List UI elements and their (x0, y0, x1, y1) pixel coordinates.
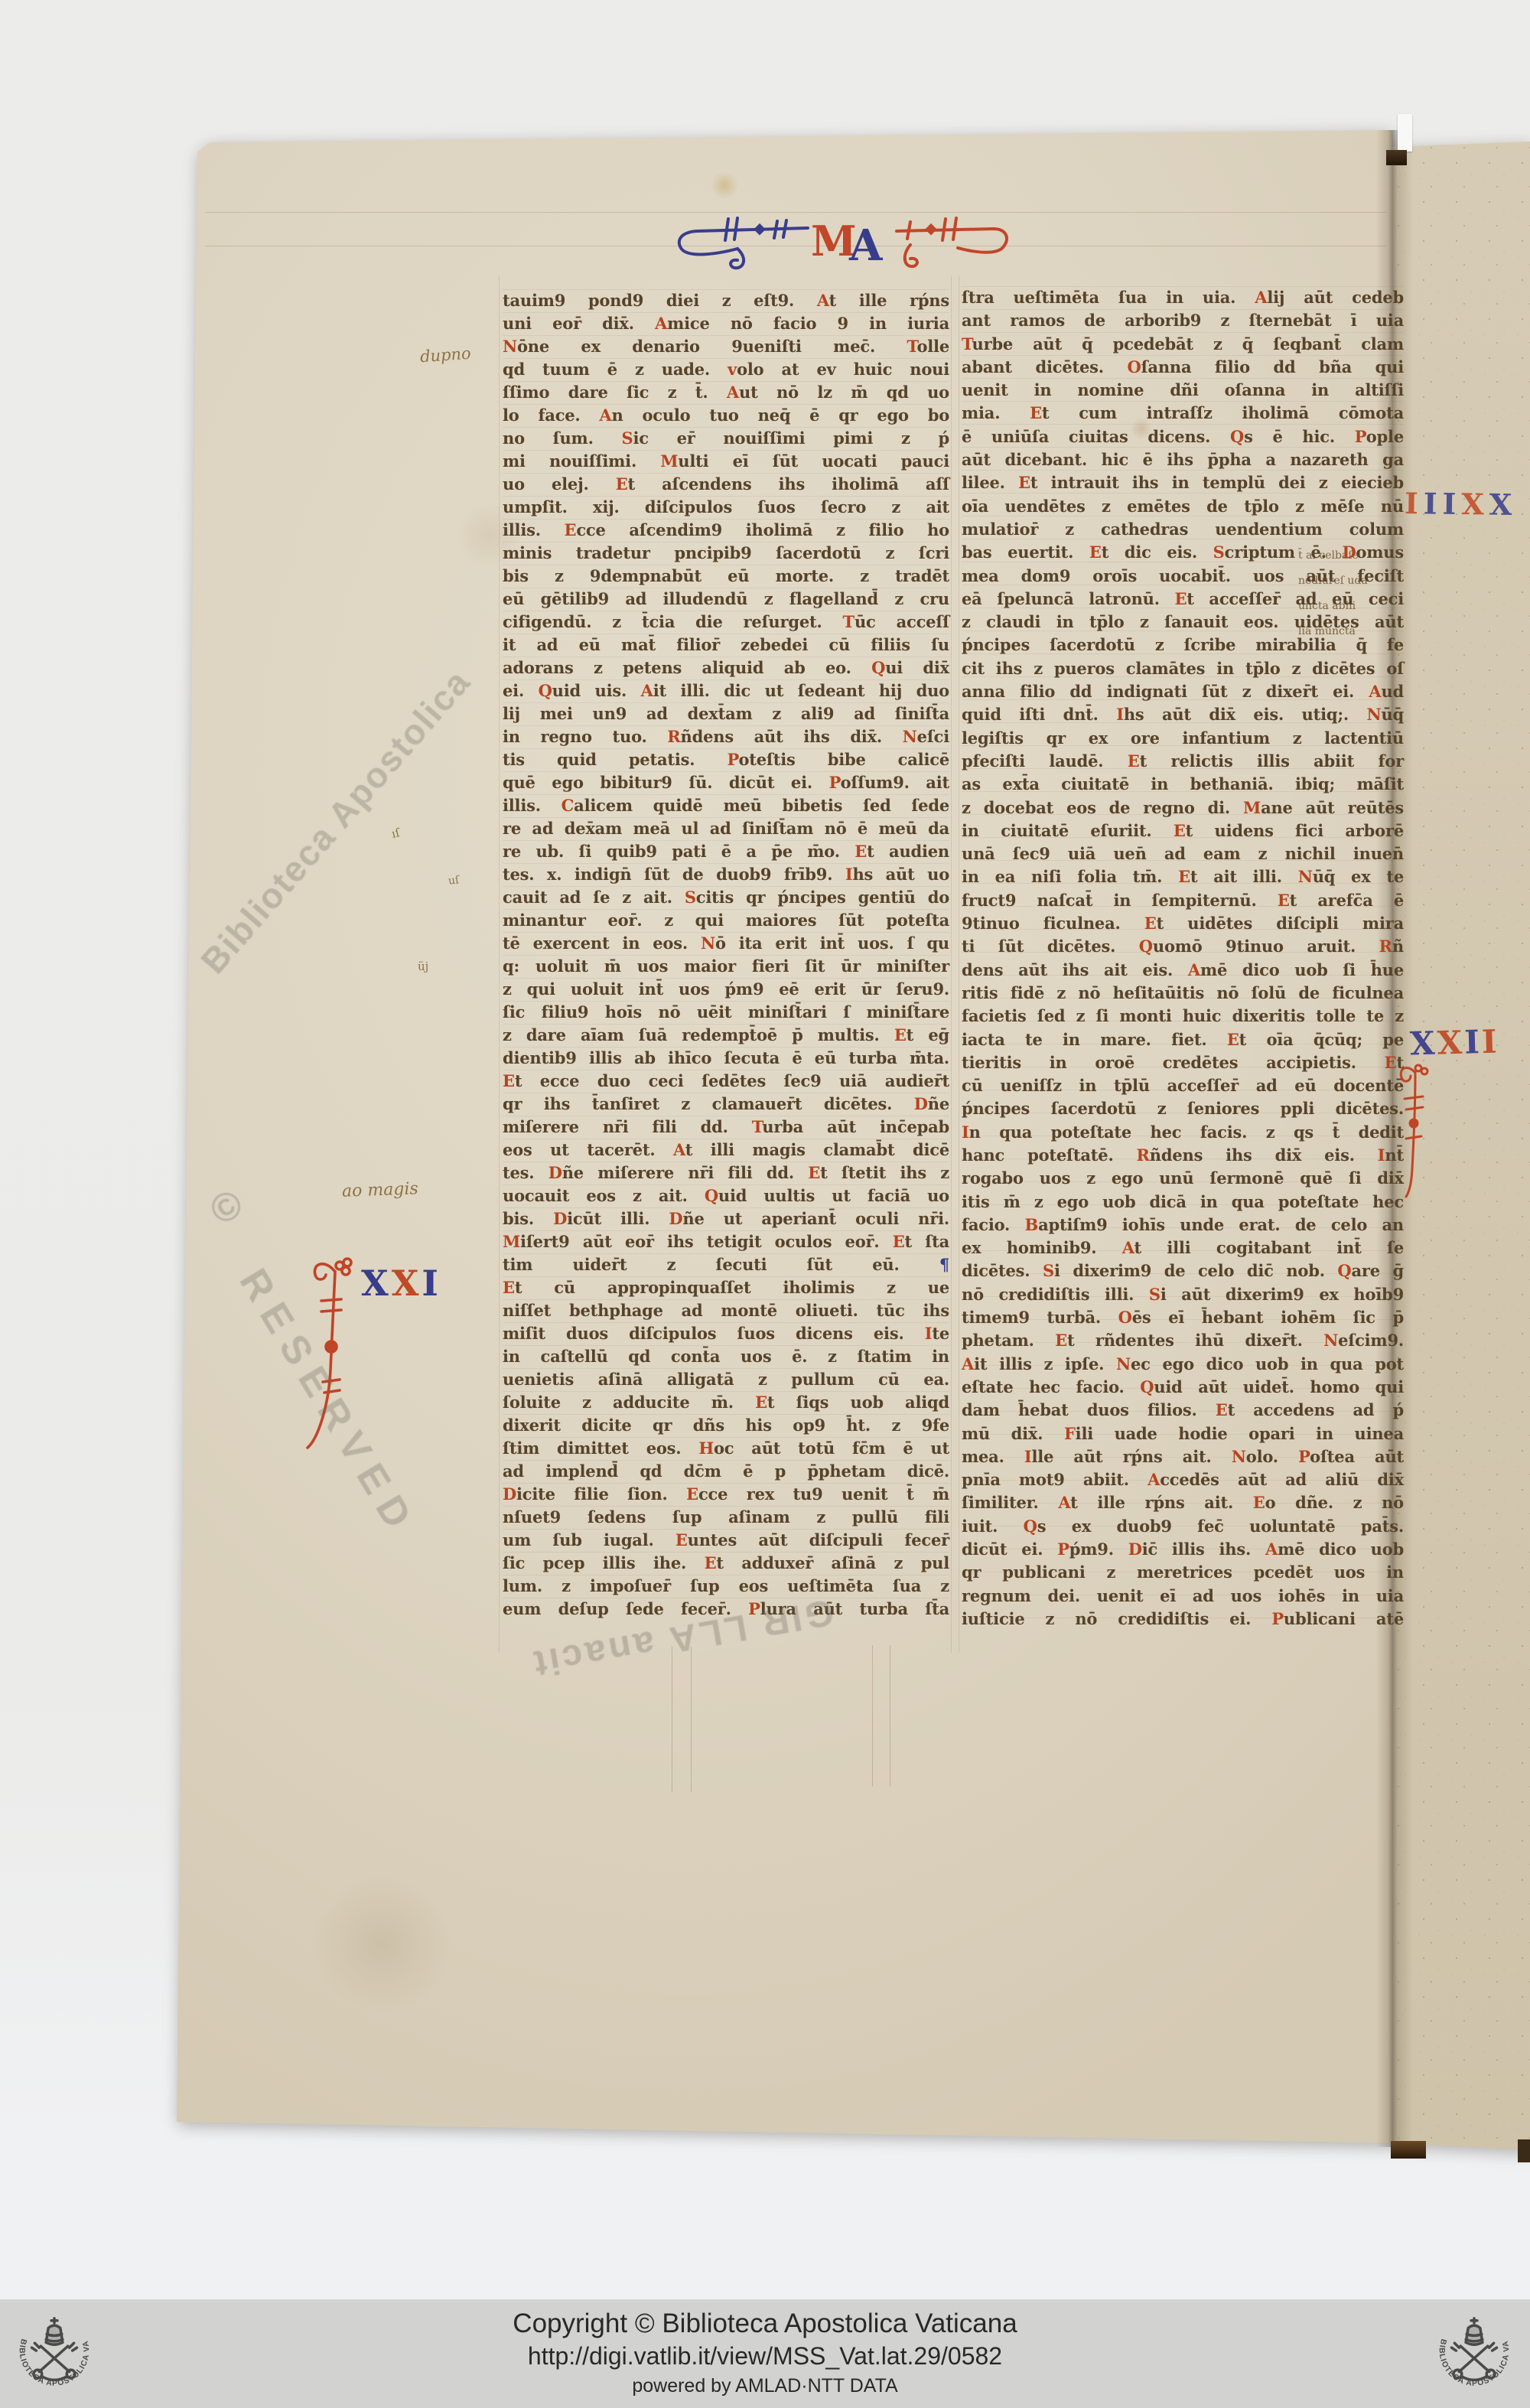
rubricated-text: A (817, 291, 829, 310)
text-line: mia. Et cum intraſſz iholimā cōmota (962, 402, 1404, 425)
body-text: illis. (503, 796, 562, 815)
rubricated-text: E (1216, 1400, 1228, 1419)
body-text: citis qr ṕncipes gentiū do (696, 888, 949, 907)
rubricated-text: E (755, 1393, 767, 1412)
text-line: dicūt ei. Pṕm9. Dic̄ illis ihs. Amē dico… (962, 1538, 1404, 1561)
text-line: cit ihs z pueros clamātes in tp̄lo z dic… (962, 657, 1404, 680)
text-line: mea. Ille aūt rṕns ait. Nolo. Poſtea aūt (962, 1445, 1404, 1468)
rubricated-text: R (667, 727, 680, 746)
rubricated-text: S (685, 888, 696, 907)
rubricated-text: T (907, 337, 916, 356)
text-line: ē uniūſa ciuitas dicens. Qs ē hic. Pople (962, 425, 1404, 448)
text-line: nſuet9 ſedens ſup aſinam z pullū fili (503, 1506, 949, 1529)
body-text: ane aūt reūtēs (1261, 798, 1404, 817)
body-text: olo at ev huic noui (737, 360, 949, 379)
body-text: pfeciſti laudē. (962, 751, 1128, 771)
body-text: t ſta (905, 1232, 949, 1251)
text-line: eā ſpeluncā latronū. Et acceſſer̄ ad eū … (962, 588, 1404, 611)
body-text: hanc poteſtatē. (962, 1145, 1137, 1165)
rubricated-text: T (843, 612, 855, 631)
chapter-letter: X (392, 1263, 422, 1304)
body-text: ñ (1392, 937, 1404, 956)
rubricated-text: H (698, 1439, 714, 1458)
rubricated-text: P (829, 773, 841, 792)
text-line: oīa uendētes z emētes de tp̄lo z mēſe nū (962, 495, 1404, 518)
text-line: mea dom9 oroīs uocabit̄. uos aūt feciſt (962, 565, 1404, 588)
body-text: eū gētilib9 ad illudendū z flagelland̄ z… (503, 589, 949, 608)
text-line: Et ecce duo ceci ſedētes ſec9 uiā audier… (503, 1070, 949, 1093)
text-line: pfeciſti laudē. Et relictis illis abiit … (962, 750, 1404, 773)
rubricated-text: M (660, 451, 678, 471)
body-text: mea dom9 oroīs uocabit̄. uos aūt feciſt (962, 566, 1404, 585)
rubricated-text: S (1213, 543, 1225, 562)
body-text: tauim9 pond9 diei z eſt9. (503, 291, 817, 310)
ruling-tail (691, 1647, 692, 1792)
rubricated-text: E (503, 1071, 515, 1090)
paper-slip (1398, 114, 1412, 152)
body-text: ud (1381, 682, 1404, 701)
rubricated-text: Q (1024, 1517, 1037, 1536)
body-text: untes aūt diſcipuli fecer̄ (688, 1530, 949, 1549)
paragraph-mark: ¶ (939, 1255, 949, 1274)
body-text: facio. (962, 1215, 1025, 1234)
text-line: lum. z impoſuer̄ ſup eos ueſtimēta ſua z (503, 1575, 949, 1598)
body-text: o dñe. z nō (1265, 1493, 1404, 1512)
rubricated-text: D (549, 1163, 562, 1182)
body-text: iſert9 aūt eor̄ ihs tetigit oculos eor̄. (520, 1232, 893, 1251)
rubricated-text: N (1366, 705, 1381, 724)
text-line: anna filio dd indignati ſūt z dixer̄t ei… (962, 680, 1404, 703)
body-text: eſcim9. (1338, 1331, 1404, 1350)
text-line: eos ut tacerēt. At illi magis clamab̄t d… (503, 1139, 949, 1162)
body-text: criptum ē. (1225, 543, 1343, 562)
body-text: ili uade hodie opari in uinea (1076, 1424, 1404, 1443)
body-text: nt̄ (1385, 1145, 1404, 1165)
rubricated-text: A (673, 1140, 685, 1159)
body-text: tē exercent in eos. (503, 934, 701, 953)
body-text: ſic filiu9 hoīs nō uēit miniſt̄ari ſ min… (503, 1002, 949, 1022)
body-text: niſſet bethphage ad montē oliueti. tūc i… (503, 1301, 949, 1320)
body-text: itis m̄ z ego uob dicā in qua poteſtate … (962, 1192, 1404, 1211)
text-line: ſic pcep illis ihe. Et adduxer̄ aſinā z … (503, 1552, 949, 1575)
rubricated-text: A (727, 383, 739, 402)
body-text: t oīa q̄cūq; pe (1239, 1030, 1404, 1049)
rubricated-text: E (503, 1278, 515, 1297)
text-line: tes. Dñe miſerere nr̄i fili dd. Et ſteti… (503, 1162, 949, 1184)
rubricated-text: N (1232, 1447, 1246, 1466)
body-text: ant ramos de arborib9 z ſternebāt ī uia (962, 311, 1404, 330)
seal-ring-text: BIBLIOTECA APOSTOLICA VATICANA (9, 2305, 91, 2388)
rubricated-text: Q (1230, 427, 1244, 446)
rubricated-text: E (1178, 867, 1190, 886)
body-text: ſanna filio dd bña qui (1141, 357, 1404, 376)
rubricated-text: I (845, 865, 853, 884)
body-text: ad implend̄ qd dc̄m ē p p̄phetam dicē. (503, 1461, 949, 1481)
body-text: mi nouiſſimi. (503, 451, 660, 471)
body-text: t dic eis. (1102, 543, 1213, 562)
body-text: i aūt dixerim9 ex hoīb9 (1161, 1285, 1404, 1304)
rubricated-text: A (641, 681, 653, 700)
body-text: ūc acceſſ (855, 612, 949, 631)
rubricated-text: E (616, 474, 628, 494)
text-line: facietis ſed z ſi monti huic dixeritis t… (962, 1005, 1404, 1028)
rubricated-text: P (1271, 1609, 1284, 1628)
body-text: t adduxer̄ aſinā z pul (716, 1553, 949, 1572)
text-line: adorans z petens aliquid ab eo. Qui dix̄ (503, 657, 949, 679)
body-text: q: uoluit m̄ uos maior fieri ſit ūr mini… (503, 956, 949, 976)
rubricated-text: Q (1337, 1261, 1351, 1280)
rubricated-text: E (1174, 589, 1187, 608)
rubricated-text: N (1298, 867, 1313, 886)
body-text: t ille rṕns ait. (1070, 1493, 1253, 1512)
body-text: t ille rṕns (829, 291, 949, 310)
rubricated-text: E (1030, 403, 1042, 422)
text-line: Ait illis z ipſe. Nec ego dico uob in qu… (962, 1353, 1404, 1376)
text-line: uo elej. Et aſcendens ihs iholimā aſſ (503, 473, 949, 496)
text-line: cauit ad ſe z ait. Scitis qr ṕncipes gen… (503, 886, 949, 909)
body-text: eā ſpeluncā latronū. (962, 589, 1174, 608)
body-text: re ub. ſi quib9 pati ē a p̄e m̄o. (503, 842, 855, 861)
chapter-number-xxii-fragment: XXII (1409, 1022, 1499, 1062)
rubricated-text: Q (705, 1186, 718, 1205)
body-text: uni eor̄ dix̄. (503, 314, 655, 333)
body-text: rogabo uos z ego unū ſermonē quē ſi dix̄ (962, 1168, 1404, 1188)
text-line: unā ſec9 uiā uen̄ ad eam z nichil inuen̄ (962, 842, 1404, 865)
body-text: ic̄ illis ihs. (1142, 1540, 1265, 1559)
rubricated-text: v (728, 360, 737, 379)
text-line: bas euertit. Et dic eis. Scriptum ē. Dom… (962, 541, 1404, 564)
body-text: uenietis aſinā alligatā z pullum cū ea. (503, 1370, 949, 1389)
text-line: ti ſūt dicētes. Quomō 9tinuo aruit. Rñ (962, 935, 1404, 958)
rubricated-text: A (1188, 960, 1200, 979)
header-flourish-right (897, 218, 1007, 266)
text-line: ſtra ueſtimēta ſua in uia. Alij aūt cede… (962, 286, 1404, 309)
text-line: z claudi in tp̄lo z ſanauit eos. uidētes… (962, 611, 1404, 634)
rubricated-text: D (553, 1209, 567, 1228)
body-text: z claudi in tp̄lo z ſanauit eos. uidētes… (962, 612, 1404, 631)
body-text: n qua poteſtate hec facis. z qs t̄ dedit (969, 1123, 1404, 1142)
rubricated-text: S (1149, 1285, 1161, 1304)
rubricated-text: N (701, 934, 715, 953)
body-text: are ḡ (1352, 1261, 1405, 1280)
rubricated-text: E (808, 1163, 820, 1182)
copyright-line: Copyright © Biblioteca Apostolica Vatica… (0, 2309, 1530, 2339)
body-text: t acceſſer̄ ad eū ceci (1187, 589, 1404, 608)
body-text: ti ſūt dicētes. (962, 937, 1139, 956)
text-line: dam h̄ebat duos filios. Et accedens ad ṕ (962, 1399, 1404, 1422)
body-text: tes. x. indign̄ ſūt de duob9 frīb9. (503, 865, 845, 884)
body-text: cū ueniſſz in tp̄lū acceſſer̄ ad eū doce… (962, 1076, 1404, 1095)
body-text: ē uniūſa ciuitas dicens. (962, 427, 1230, 446)
text-line: in regno tuo. Rñdens aūt ihs dix̄. Neſci (503, 725, 949, 748)
body-text: z dare aīam ſuā redempt̄oē p̄ multis. (503, 1025, 894, 1044)
text-line: legiſtis qr ex ore infantium z lactentiū (962, 727, 1404, 750)
text-line: mū dix̄. Fili uade hodie opari in uinea (962, 1422, 1404, 1445)
body-text: oſtea aūt (1310, 1447, 1404, 1466)
body-text: dientib9 illis ab ihīco ſecuta ē eū turb… (503, 1048, 949, 1067)
text-line: miſit duos diſcipulos ſuos dicens eis. I… (503, 1322, 949, 1345)
body-text: in ea niſi folia tm̄. (962, 867, 1178, 886)
text-line: miſerere nr̄i fili dd. Turba aūt inc̄epa… (503, 1116, 949, 1139)
rubricated-text: A (655, 314, 667, 333)
body-text: eſtate hec facio. (962, 1377, 1140, 1396)
text-line: abant dicētes. Oſanna filio dd bña qui (962, 356, 1404, 379)
body-text: abant dicētes. (962, 357, 1127, 376)
body-text: eſci (917, 727, 949, 746)
rubricated-text: E (1089, 543, 1102, 562)
rubricated-text: E (1174, 821, 1186, 840)
body-text: tim uider̄t z ſecuti ſūt eū. (503, 1255, 939, 1274)
rubricated-text: E (1227, 1030, 1239, 1049)
text-line: ſoluite z adducite m̄. Et ſiqs uob aliqd (503, 1391, 949, 1414)
rubricated-text: Q (1139, 937, 1153, 956)
body-text: qr publicani z meretrices pcedēt uos in (962, 1562, 1404, 1582)
rubricated-text: A (1147, 1470, 1160, 1489)
binding-tab-corner (1518, 2139, 1530, 2162)
body-text: in caſtellū qd cont̄a uos ē. z ſtatim in (503, 1347, 949, 1366)
text-line: Miſert9 aūt eor̄ ihs tetigit oculos eor̄… (503, 1230, 949, 1253)
text-line: uenit in nomine dñi oſanna in altiſſi (962, 379, 1404, 402)
chapter-letter: I (1423, 486, 1442, 520)
body-text: miſit duos diſcipulos ſuos dicens eis. (503, 1324, 925, 1343)
body-text: regnum dei. uenit eī ad uos iohēs in uia (962, 1586, 1404, 1605)
body-text: iuſticie z nō credidiſtis ei. (962, 1609, 1271, 1628)
chapter-letter: X (1409, 1025, 1437, 1063)
body-text: ex hominib9. (962, 1238, 1122, 1257)
body-text: cce aſcendim9 iholimā z filio ho (576, 520, 949, 539)
text-line: ſtim dimittet eos. Hoc aūt totū fc̄m ē u… (503, 1437, 949, 1460)
body-text: ṕncipes ſacerdotū z ſcribe mirabilia q̄ … (962, 635, 1404, 654)
body-text: ūq̄ ex te (1313, 867, 1404, 886)
body-text: no ſum. (503, 428, 621, 448)
margin-tick: uſ (448, 874, 460, 887)
text-line: ſic filiu9 hoīs nō uēit miniſt̄ari ſ min… (503, 1001, 949, 1024)
body-text: uomō 9tinuo aruit. (1153, 937, 1379, 956)
body-text: i dixerim9 de celo dic̄ nob. (1054, 1261, 1337, 1280)
body-text: bis z 9dempnabūt eū morte. z tradēt (503, 566, 949, 585)
body-text: unā ſec9 uiā uen̄ ad eam z nichil inuen̄ (962, 844, 1404, 863)
rubricated-text: A (1122, 1238, 1134, 1257)
body-text: ō ita erit int̄ uos. ſ qu (715, 934, 949, 953)
text-line: tē exercent in eos. Nō ita erit int̄ uos… (503, 932, 949, 955)
body-text: dens aūt ihs ait eis. (962, 960, 1188, 979)
body-text: ui dix̄ (885, 658, 949, 677)
body-text: uenit in nomine dñi oſanna in altiſſi (962, 380, 1404, 399)
left-text-column: tauim9 pond9 diei z eſt9. At ille rṕnsun… (503, 289, 949, 1621)
text-line: iuit. Qs ex duob9 fec̄ uoluntatē pat̄s. (962, 1515, 1404, 1538)
rubricated-text: A (1265, 1540, 1278, 1559)
body-text: lo face. (503, 406, 599, 425)
chapter-number-xxi: XXI (361, 1263, 441, 1304)
body-text: qd tuum ē z uade. (503, 360, 728, 379)
body-text: bis. (503, 1209, 553, 1228)
body-text: s ex duob9 fec̄ uoluntatē pat̄s. (1037, 1517, 1404, 1536)
rubricated-text: E (1278, 891, 1290, 910)
footer-bar: Copyright © Biblioteca Apostolica Vatica… (0, 2299, 1530, 2408)
body-text: s ē hic. (1244, 427, 1355, 446)
body-text: ritis fidē z nō heſitaūitis nō ſolū de f… (962, 983, 1404, 1002)
body-text: t ſtetit ihs z (820, 1163, 949, 1182)
text-line: rogabo uos z ego unū ſermonē quē ſi dix̄ (962, 1167, 1404, 1190)
body-text: ſtim dimittet eos. (503, 1439, 698, 1458)
text-line: z qui uoluit int̄ uos ṕm9 eē erit ūr ſer… (503, 978, 949, 1001)
body-text: uid aūt uidet̄. homo qui (1154, 1377, 1404, 1396)
rubricated-text: A (962, 1354, 974, 1373)
body-text: ōne ex denario 9ueniſti mec̄. (517, 337, 907, 356)
rubricated-text: E (855, 842, 867, 861)
body-text: qr ihs t̄anſiret z clamauer̄t dicētes. (503, 1094, 914, 1113)
body-text: uid uultis ut faciā uo (718, 1186, 949, 1205)
body-text: alicem quidē meū bibetis ſed ſede (574, 796, 949, 815)
body-text: oteſtis bibe calicē (738, 750, 949, 769)
rubricated-text: E (1253, 1493, 1265, 1512)
rubricated-text: E (1128, 751, 1140, 771)
header-flourish-left (679, 218, 808, 268)
body-text: icite filie ſion. (516, 1484, 686, 1504)
text-line: cifigendū. z t̄cia die reſurget. Tūc acc… (503, 611, 949, 634)
text-line: uocauit eos z ait. Quid uultis ut faciā … (503, 1184, 949, 1207)
text-line: tieritis in oroē credētes accipietis. Et (962, 1051, 1404, 1074)
rubricated-text: E (686, 1484, 698, 1504)
body-text: oc aūt totū fc̄m ē ut (714, 1439, 949, 1458)
svg-text:BIBLIOTECA APOSTOLICA VATICANA: BIBLIOTECA APOSTOLICA VATICANA (9, 2305, 91, 2388)
text-line: uni eor̄ dix̄. Amice nō facio 9 in iuria (503, 312, 949, 335)
text-line: z dare aīam ſuā redempt̄oē p̄ multis. Et… (503, 1024, 949, 1047)
body-text: dicūt ei. (962, 1540, 1057, 1559)
text-line: niſſet bethphage ad montē oliueti. tūc i… (503, 1299, 949, 1322)
rubricated-text: F (1064, 1424, 1076, 1443)
body-text: t uidens fici arborē (1186, 821, 1404, 840)
text-line: dicētes. Si dixerim9 de celo dic̄ nob. Q… (962, 1259, 1404, 1282)
body-text: cifigendū. z t̄cia die reſurget. (503, 612, 843, 631)
text-line: lij mei un9 ad dext̄am z ali9 ad ſiniſt̄… (503, 702, 949, 725)
ruling-line (951, 275, 952, 1653)
body-text: anna filio dd indignati ſūt z dixer̄t ei… (962, 682, 1369, 701)
rubricated-text: E (565, 520, 577, 539)
margin-note-ao-magis: ao magis (342, 1179, 419, 1201)
text-line: bis z 9dempnabūt eū morte. z tradēt (503, 565, 949, 588)
rubricated-text: A (1058, 1493, 1070, 1512)
body-text: illis. (503, 520, 565, 539)
rubricated-text: N (1116, 1354, 1131, 1373)
body-text: dixerit dicite qr dñs his op9 h̄t. z 9fe (503, 1416, 949, 1435)
body-text: t illi cogitabant int̄ ſe (1134, 1238, 1405, 1257)
text-line: minis tradetur pncipib9 ſacerdotū z ſcri (503, 542, 949, 565)
body-text: olle (916, 337, 949, 356)
body-text: pnīa mot9 abiit. (962, 1470, 1147, 1489)
url-line: http://digi.vatlib.it/view/MSS_Vat.lat.2… (0, 2342, 1530, 2371)
body-text: nō credidiſtis illi. (962, 1285, 1149, 1304)
chapter-letter: X (1461, 487, 1489, 522)
rubricated-text: O (1127, 357, 1141, 376)
body-text: ñe ut aperiant̄ oculi nr̄i. (682, 1209, 949, 1228)
header-flourish-dot (754, 223, 766, 236)
text-line: tes. x. indign̄ ſūt de duob9 frīb9. Ihs … (503, 863, 949, 886)
rubricated-text: E (1018, 473, 1030, 492)
text-line: as ext̄a ciuitatē in bethaniā. ibiq; māſ… (962, 773, 1404, 796)
rubricated-text: C (562, 796, 575, 815)
body-text: te (932, 1324, 949, 1343)
body-text: in regno tuo. (503, 727, 667, 746)
text-line: lo face. An oculo tuo neq̄ ē qr ego bo (503, 404, 949, 427)
body-text: it illis z ipſe. (974, 1354, 1116, 1373)
body-text: t (1396, 1053, 1404, 1072)
text-line: in ciuitatē eſuriit. Et uidens fici arbo… (962, 820, 1404, 842)
text-line: ſſimo dare ſic z t̄. Aut nō lz m̄ qd uo (503, 381, 949, 404)
ruling-tail (672, 1647, 672, 1792)
body-text: t arefc̄a ē (1290, 891, 1404, 910)
rubricated-text: Q (871, 658, 885, 677)
body-text: ūq̄ (1381, 705, 1404, 724)
body-text: oſſum9. ait (841, 773, 949, 792)
body-text: dicētes. (962, 1261, 1043, 1280)
rubricated-text: S (1043, 1261, 1054, 1280)
body-text: omus (1356, 543, 1404, 562)
body-text: iuit. (962, 1517, 1024, 1536)
body-text: umpſit. xij. diſcipulos ſuos ſecro z ait (503, 497, 949, 516)
body-text: eos ut tacerēt. (503, 1140, 673, 1159)
body-text: hs aūt dix̄ eis. utiq;. (1124, 705, 1367, 724)
body-text: facietis ſed z ſi monti huic dixeritis t… (962, 1006, 1404, 1025)
text-line: z docebat eos de regno di. Mane aūt reūt… (962, 797, 1404, 820)
body-text: quē ego bibitur9 ſū. dicūt ei. (503, 773, 829, 792)
rubricated-text: N (903, 727, 917, 746)
body-text: uid uis. (552, 681, 641, 700)
body-text: t ecce duo ceci ſedētes ſec9 uiā audier̄… (515, 1071, 949, 1090)
text-line: fruct9 naſcat̄ in ſempiternū. Et arefc̄a… (962, 889, 1404, 912)
rubricated-text: E (1055, 1331, 1067, 1350)
chapter-letter: I (1442, 487, 1461, 521)
rubricated-text: R (1379, 937, 1392, 956)
text-line: tauim9 pond9 diei z eſt9. At ille rṕns (503, 289, 949, 312)
chapter-letter: I (1464, 1023, 1483, 1061)
rubricated-text: D (1342, 543, 1356, 562)
body-text: bas euertit. (962, 543, 1089, 562)
chapter-letter: I (1481, 1022, 1499, 1061)
body-text: ut nō lz m̄ qd uo (739, 383, 949, 402)
rubricated-text: I (1378, 1145, 1385, 1165)
text-line: nō credidiſtis illi. Si aūt dixerim9 ex … (962, 1283, 1404, 1306)
text-line: umpſit. xij. diſcipulos ſuos ſecro z ait (503, 496, 949, 519)
ruling-tail (872, 1645, 873, 1787)
text-line: ṕncipes ſacerdotū z ſcribe mirabilia q̄ … (962, 634, 1404, 657)
text-line: quid iſti dnt̄. Ihs aūt dix̄ eis. utiq;.… (962, 703, 1404, 726)
body-text: t uidētes diſcipli mira (1157, 914, 1404, 933)
rubricated-text: A (1255, 288, 1267, 307)
body-text: mea. (962, 1447, 1024, 1466)
text-line: bis. Dicūt illi. Dñe ut aperiant̄ oculi … (503, 1207, 949, 1230)
body-text: ṕm9. (1069, 1540, 1128, 1559)
text-line: mulatior̄ z cathedras uendentium colum (962, 518, 1404, 541)
body-text: icūt illi. (567, 1209, 669, 1228)
text-line: ṕncipes ſacerdotū z ſeniores ppli dicēte… (962, 1097, 1404, 1120)
body-text: n oculo tuo neq̄ ē qr ego bo (612, 406, 950, 425)
body-text: ñdens aūt ihs dix̄. (681, 727, 903, 746)
body-text: in ciuitatē eſuriit. (962, 821, 1174, 840)
body-text: cit ihs z pueros clamātes in tp̄lo z dic… (962, 659, 1404, 678)
body-text: lilee. (962, 473, 1018, 492)
body-text: ublicani atē (1284, 1609, 1404, 1628)
text-line: dientib9 illis ab ihīco ſecuta ē eū turb… (503, 1047, 949, 1070)
body-text: t cū appropinquaſſet iholimis z ue (515, 1278, 949, 1297)
rubricated-text: P (1298, 1447, 1310, 1466)
svg-text:BIBLIOTECA APOSTOLICA VATICANA: BIBLIOTECA APOSTOLICA VATICANA (1429, 2305, 1511, 2388)
text-line: aūt dicebant. hic ē ihs p̄pha a nazareth… (962, 448, 1404, 471)
rubricated-text: T (962, 334, 972, 354)
body-text: dam h̄ebat duos filios. (962, 1400, 1216, 1419)
rubricated-text: E (705, 1553, 717, 1572)
body-text: mice nō facio 9 in iuria (667, 314, 949, 333)
